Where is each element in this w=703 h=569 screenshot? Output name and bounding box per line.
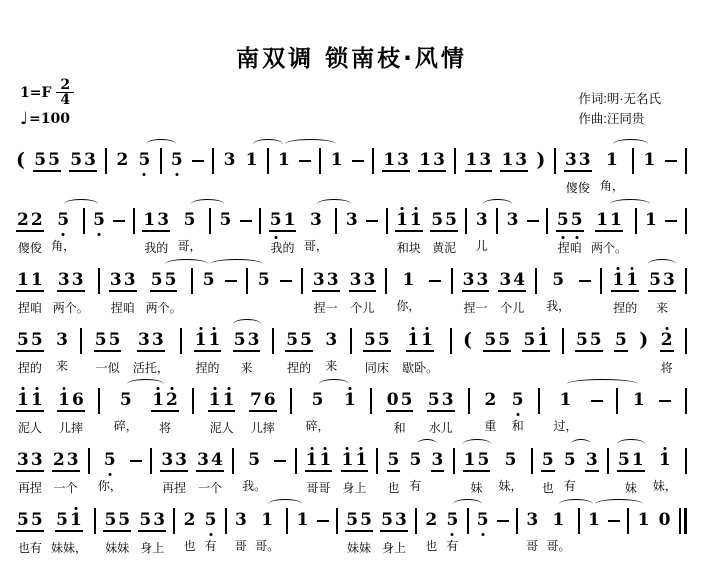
note-digit: 5 xyxy=(541,451,555,470)
note-digit: 1 xyxy=(305,451,319,470)
note-digits: 53 xyxy=(138,511,166,532)
note-digit: 6 xyxy=(71,391,85,410)
note-digits: 5 xyxy=(311,391,325,410)
barline xyxy=(535,255,537,294)
note: 3哥， xyxy=(304,195,328,253)
note-digits: 55 xyxy=(150,271,178,292)
note: 5角， xyxy=(51,195,75,253)
note-digit: 5 xyxy=(614,331,628,350)
note-digit: 3 xyxy=(160,451,174,470)
note-digit: 1 xyxy=(463,451,477,470)
note-digit: 5 xyxy=(476,511,490,530)
held-beat-dash xyxy=(665,195,677,222)
score-line-7: 55也有51妹妹，55妹妹53身上2也5有3哥1哥。155妹妹53身上2也5有5… xyxy=(16,495,687,555)
final-barline xyxy=(679,495,687,534)
note-digit: 5 xyxy=(164,271,178,290)
note: 5碎， xyxy=(306,375,330,433)
note: 2 xyxy=(115,135,129,170)
note-digits: 55 xyxy=(16,511,44,532)
barline xyxy=(191,255,193,294)
note: 33个儿 xyxy=(349,255,377,315)
score-line-5: 11泥人16儿摔5碎，12将11泥人76儿摔5碎，105和53水儿2重5和1过，… xyxy=(16,375,687,435)
note: 3 xyxy=(431,435,445,472)
note: 11歇卧。 xyxy=(402,315,438,375)
note-digits: 55 xyxy=(103,511,131,532)
note: 51我的 xyxy=(269,195,297,255)
held-beat-dash xyxy=(352,135,364,162)
note-digits: 55 xyxy=(94,331,122,352)
barline xyxy=(133,195,135,234)
note-digits: 5 xyxy=(551,271,565,290)
barline xyxy=(212,135,214,174)
note: 11两个。 xyxy=(591,195,627,255)
key-signature-block: 1=F 2 4 ♩ =100 xyxy=(20,78,74,129)
note-digits: 1 xyxy=(642,151,656,170)
note-digits: 1 xyxy=(245,151,259,170)
note-digit: 5 xyxy=(504,451,518,470)
barline xyxy=(616,375,618,414)
note-digits: 55 xyxy=(575,331,603,352)
note-digits: 1 xyxy=(658,451,672,470)
barline xyxy=(467,495,469,534)
note-digit: 3 xyxy=(312,271,326,290)
note-digit: 1 xyxy=(642,151,656,170)
note: 5 xyxy=(92,195,106,230)
note-digits: 53 xyxy=(427,391,455,412)
note-digit: 5 xyxy=(551,271,565,290)
held-beat-dash xyxy=(591,375,603,402)
note: 53来 xyxy=(233,315,261,375)
lyric-syllable: 将 xyxy=(159,421,171,435)
note-digits: 3 xyxy=(324,331,338,350)
note: 1 xyxy=(642,135,656,170)
note-digit: 3 xyxy=(578,151,592,170)
octave-dot-above xyxy=(213,387,216,390)
lyric-syllable: 妹， xyxy=(653,479,677,493)
held-beat-dash xyxy=(240,195,252,222)
note-digit: 5 xyxy=(444,211,458,230)
note-digit: 1 xyxy=(194,331,208,350)
lyric-syllable: 妹， xyxy=(499,479,523,493)
note-digit: 5 xyxy=(30,511,44,530)
note-digits: 22 xyxy=(16,211,44,232)
note-digits: 11 xyxy=(595,211,623,232)
note-digit: 2 xyxy=(30,211,44,230)
octave-dot-above xyxy=(346,447,349,450)
barline xyxy=(468,375,470,414)
note-digits: 5 xyxy=(504,451,518,470)
octave-dot-above xyxy=(617,267,620,270)
note-digit: 5 xyxy=(563,451,577,470)
lyric-syllable: 妹 xyxy=(470,481,482,495)
held-beat-dash xyxy=(366,195,378,222)
note: 3 xyxy=(345,195,359,230)
time-signature: 2 4 xyxy=(56,78,74,108)
note-digits: 55 xyxy=(556,211,584,232)
note-digit: 6 xyxy=(263,391,277,410)
note: 1你， xyxy=(396,255,420,313)
note-digit: 3 xyxy=(432,151,446,170)
note-digit: 1 xyxy=(632,391,646,410)
lyric-syllable: 捏咱 xyxy=(111,301,135,315)
barline xyxy=(531,435,533,474)
note-digit: 3 xyxy=(441,391,455,410)
note-digits: 2 xyxy=(115,151,129,170)
lyric-syllable: 身上 xyxy=(382,541,406,555)
barline xyxy=(578,495,580,534)
lyric-syllable: 哥， xyxy=(178,239,202,253)
note-digits: 5 xyxy=(138,151,152,170)
barline xyxy=(685,435,687,474)
note-digit: 5 xyxy=(648,271,662,290)
note: 33捏一 xyxy=(312,255,340,315)
octave-dot-above xyxy=(631,267,634,270)
octave-dot-below xyxy=(209,533,212,536)
note: 11捏咱 xyxy=(16,255,44,315)
meter-denominator: 4 xyxy=(56,92,74,108)
lyric-syllable: 来 xyxy=(656,301,668,315)
note: 5有 xyxy=(445,495,459,553)
note-digit: 1 xyxy=(208,391,222,410)
note-digit: 3 xyxy=(585,451,599,470)
lyric-syllable: 哥 xyxy=(526,539,538,553)
octave-dot-below xyxy=(108,473,111,476)
note-digit: 3 xyxy=(462,271,476,290)
note: 5有 xyxy=(409,435,423,493)
note-digit: 1 xyxy=(222,391,236,410)
note-digit: 5 xyxy=(69,151,83,170)
note: 55 xyxy=(33,135,61,172)
note: 76儿摔 xyxy=(249,375,277,435)
note: 33再捏 xyxy=(16,435,44,495)
note-digit: 3 xyxy=(55,331,69,350)
lyric-syllable: 同床 xyxy=(365,361,389,375)
note: 16儿摔 xyxy=(57,375,85,435)
note: 1哥。 xyxy=(255,495,279,553)
note-digit: 5 xyxy=(183,211,197,230)
note-digit: 3 xyxy=(83,151,97,170)
barline xyxy=(319,135,321,174)
lyricist-credit: 作词:明·无名氏 xyxy=(578,90,661,109)
octave-dot-above xyxy=(199,327,202,330)
open-parenthesis: ( xyxy=(463,315,472,350)
note-digits: 5 xyxy=(541,451,555,472)
octave-dot-above xyxy=(542,327,545,330)
note: 5 xyxy=(476,495,490,530)
note-digit: 5 xyxy=(16,511,30,530)
lyric-syllable: 儿摔 xyxy=(251,421,275,435)
note-digits: 5 xyxy=(202,271,216,290)
note-digit: 3 xyxy=(57,271,71,290)
barline xyxy=(554,135,556,174)
note-digit: 3 xyxy=(394,511,408,530)
note-digit: 3 xyxy=(174,451,188,470)
note: 3哥 xyxy=(234,495,248,553)
note: 55捏咱 xyxy=(556,195,584,255)
octave-dot-below xyxy=(481,533,484,536)
note-digit: 4 xyxy=(210,451,224,470)
note: 5我。 xyxy=(242,435,266,493)
notation-area: (5553255311113131313)33傻俊1角，122傻俊5角，513我… xyxy=(0,135,703,555)
note: 3来 xyxy=(324,315,338,373)
note-digit: 1 xyxy=(319,451,333,470)
note: 55黄泥 xyxy=(430,195,458,255)
note: 34个儿 xyxy=(498,255,526,315)
note-digit: 1 xyxy=(208,331,222,350)
note-digit: 5 xyxy=(380,511,394,530)
barline xyxy=(246,255,248,294)
note: 3 xyxy=(223,135,237,170)
lyric-syllable: 两个。 xyxy=(53,301,89,315)
note-digit: 3 xyxy=(137,331,151,350)
lyric-syllable: 有 xyxy=(564,479,576,493)
note-digits: 3 xyxy=(234,511,248,530)
note-digits: 5 xyxy=(204,511,218,530)
held-beat-dash xyxy=(527,195,539,222)
octave-dot-above xyxy=(310,447,313,450)
lyric-syllable: 傻俊 xyxy=(18,241,42,255)
octave-dot-above xyxy=(401,207,404,210)
note-digit: 3 xyxy=(30,451,44,470)
note-digits: 33 xyxy=(349,271,377,292)
held-beat-dash xyxy=(130,435,142,462)
note-digits: 3 xyxy=(506,211,520,230)
note: 5哥， xyxy=(178,195,202,253)
octave-dot-above xyxy=(348,387,351,390)
barline xyxy=(372,135,374,174)
note: 15妹 xyxy=(463,435,491,495)
note-digits: 3 xyxy=(345,211,359,230)
note: 55一似 xyxy=(94,315,122,375)
note: 55捏的 xyxy=(285,315,313,375)
note-digit: 1 xyxy=(245,151,259,170)
note-digits: 3 xyxy=(431,451,445,472)
lyric-syllable: 泥人 xyxy=(18,421,42,435)
barline xyxy=(685,135,687,174)
note: 5 xyxy=(218,195,232,230)
note-digits: 11 xyxy=(611,271,639,292)
note-digits: 3 xyxy=(309,211,323,230)
octave-dot-above xyxy=(324,447,327,450)
note-digit: 5 xyxy=(33,151,47,170)
note-digit: 1 xyxy=(406,331,420,350)
note-digits: 3 xyxy=(475,211,489,230)
lyric-syllable: 过， xyxy=(554,419,578,433)
note-digit: 3 xyxy=(223,151,237,170)
note: 2重 xyxy=(483,375,497,433)
note: 05和 xyxy=(386,375,414,435)
note-digit: 1 xyxy=(382,151,396,170)
note-digits: 11 xyxy=(406,331,434,352)
lyric-syllable: 两个。 xyxy=(591,241,627,255)
note-digit: 1 xyxy=(500,151,514,170)
note-digit: 5 xyxy=(483,331,497,350)
note-digits: 13 xyxy=(418,151,446,172)
tempo-marking: ♩ =100 xyxy=(20,109,74,129)
lyric-syllable: 哥 xyxy=(235,539,247,553)
note-digit: 1 xyxy=(343,391,357,410)
barline xyxy=(150,435,152,474)
note-digits: 5 xyxy=(476,511,490,530)
barline xyxy=(685,255,687,294)
note-digits: 5 xyxy=(56,211,70,230)
note-digit: 5 xyxy=(138,151,152,170)
lyric-syllable: 捏一 xyxy=(463,301,487,315)
note-digit: 1 xyxy=(609,211,623,230)
note-digit: 5 xyxy=(247,451,261,470)
note-digits: 55 xyxy=(345,511,373,532)
note-digits: 1 xyxy=(330,151,344,170)
score-line-3: 11捏咱33两个。33捏咱55两个。5533捏一33个儿1你，33捏一34个儿5… xyxy=(16,255,687,315)
lyric-syllable: 捏一 xyxy=(314,301,338,315)
lyric-syllable: 哥哥 xyxy=(306,481,330,495)
note: 33傻俊 xyxy=(564,135,592,195)
composer-credit: 作曲:汪同贵 xyxy=(578,110,661,129)
lyric-syllable: 你， xyxy=(396,299,420,313)
octave-dot-below xyxy=(516,413,519,416)
note-digits: 53 xyxy=(69,151,97,172)
note-digits: 55 xyxy=(483,331,511,352)
barline xyxy=(685,375,687,414)
note-digit: 3 xyxy=(109,271,123,290)
note-digits: 33 xyxy=(57,271,85,292)
note-digits: 51 xyxy=(617,451,645,472)
note-digit: 5 xyxy=(522,331,536,350)
score-line-2: 22傻俊5角，513我的5哥，551我的3哥，311和块55黄泥3儿355捏咱1… xyxy=(16,195,687,255)
barline xyxy=(376,435,378,474)
lyric-syllable: 一似 xyxy=(96,361,120,375)
barline xyxy=(286,495,288,534)
octave-dot-below xyxy=(561,236,564,239)
note-digit: 5 xyxy=(16,331,30,350)
note: 51 xyxy=(522,315,550,352)
note-digit: 3 xyxy=(234,511,248,530)
octave-dot-above xyxy=(426,327,429,330)
octave-dot-below xyxy=(143,173,146,176)
score-line-6: 33再捏23一个5你，33再捏34一个5我。11哥哥11身上5也5有315妹5妹… xyxy=(16,435,687,495)
lyric-syllable: 两个。 xyxy=(146,301,182,315)
note: 33捏一 xyxy=(462,255,490,315)
note: 55捏的 xyxy=(16,315,44,375)
note: 1过， xyxy=(554,375,578,433)
key-label: 1=F xyxy=(20,85,51,101)
lyric-syllable: 也有 xyxy=(18,541,42,555)
note-digit: 5 xyxy=(138,511,152,530)
note-digits: 11 xyxy=(341,451,369,472)
lyric-syllable: 妹妹， xyxy=(51,541,87,555)
octave-dot-below xyxy=(575,236,578,239)
note-digits: 1 xyxy=(637,511,651,530)
note-digit: 5 xyxy=(589,331,603,350)
note: 1 xyxy=(587,495,601,530)
note-digit: 2 xyxy=(165,391,179,410)
note-digit: 5 xyxy=(377,331,391,350)
note-digit: 1 xyxy=(611,271,625,290)
note-digits: 1 xyxy=(587,511,601,530)
note-digits: 1 xyxy=(559,391,573,410)
sheet-music-page: 南双调 锁南枝·风情 1=F 2 4 ♩ =100 作词:明·无名氏 作曲:汪同… xyxy=(0,0,703,569)
note-digit: 1 xyxy=(552,511,566,530)
note-digits: 15 xyxy=(463,451,491,472)
lyric-syllable: 捏的 xyxy=(196,361,220,375)
note-digit: 3 xyxy=(156,211,170,230)
note-digit: 1 xyxy=(30,271,44,290)
note-digit: 3 xyxy=(396,151,410,170)
note: 2将 xyxy=(660,315,674,375)
note: 12将 xyxy=(151,375,179,435)
note-digits: 11 xyxy=(395,211,423,232)
barline xyxy=(336,495,338,534)
note: 55两个。 xyxy=(146,255,182,315)
lyric-syllable: 有 xyxy=(205,539,217,553)
barline xyxy=(685,195,687,234)
note-digit: 5 xyxy=(575,331,589,350)
note-digits: 1 xyxy=(260,511,274,530)
lyric-syllable: 也 xyxy=(542,481,554,495)
lyric-syllable: 有 xyxy=(446,539,458,553)
octave-dot-above xyxy=(663,447,666,450)
note-digits: 1 xyxy=(277,151,291,170)
note-digits: 5 xyxy=(103,451,117,470)
barline xyxy=(267,135,269,174)
note-digits: 2 xyxy=(483,391,497,410)
barline xyxy=(386,195,388,234)
note-digit: 4 xyxy=(512,271,526,290)
note: 3 xyxy=(585,435,599,472)
lyric-syllable: 也 xyxy=(387,481,399,495)
held-beat-dash xyxy=(608,495,620,522)
note-digit: 5 xyxy=(204,511,218,530)
note-digit: 5 xyxy=(617,451,631,470)
close-parenthesis: ) xyxy=(639,315,648,350)
note: 5你， xyxy=(98,435,122,493)
note-digits: 33 xyxy=(462,271,490,292)
held-beat-dash xyxy=(497,495,509,522)
note: 0 xyxy=(658,495,672,530)
note-digit: 5 xyxy=(103,511,117,530)
note: 55 xyxy=(575,315,603,352)
barline xyxy=(180,315,182,354)
note-digit: 3 xyxy=(196,451,210,470)
lyric-syllable: 儿 xyxy=(476,239,488,253)
note-digits: 5 xyxy=(183,211,197,230)
lyric-syllable: 儿摔 xyxy=(59,421,83,435)
note-digits: 0 xyxy=(658,511,672,530)
note-digits: 5 xyxy=(614,331,628,352)
note-digits: 5 xyxy=(445,511,459,530)
note-digit: 5 xyxy=(570,211,584,230)
octave-dot-above xyxy=(213,327,216,330)
note-digits: 5 xyxy=(92,211,106,230)
held-beat-dash xyxy=(113,195,125,222)
lyric-syllable: 哥， xyxy=(304,239,328,253)
credits-block: 作词:明·无名氏 作曲:汪同贵 xyxy=(578,90,661,129)
note: 1 xyxy=(644,195,658,230)
note-digits: 5 xyxy=(119,391,133,410)
note-digits: 55 xyxy=(285,331,313,352)
note: 53 xyxy=(69,135,97,172)
note-digit: 5 xyxy=(30,331,44,350)
note-digits: 05 xyxy=(386,391,414,412)
note-digit: 1 xyxy=(595,211,609,230)
note-digits: 33 xyxy=(564,151,592,172)
barline xyxy=(192,375,194,414)
octave-dot-above xyxy=(74,507,77,510)
note-digit: 1 xyxy=(465,151,479,170)
octave-dot-above xyxy=(63,387,66,390)
note-digit: 1 xyxy=(658,451,672,470)
note-digit: 1 xyxy=(16,271,30,290)
